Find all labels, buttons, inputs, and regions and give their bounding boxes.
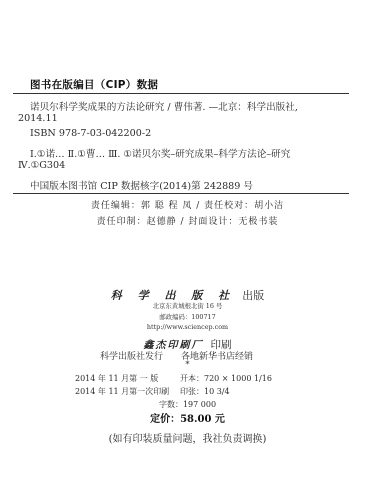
book-format: 开本：720 × 1000 1/16: [180, 373, 272, 384]
printed-sheets: 印张：10 3/4: [180, 386, 230, 397]
classification-line: Ⅰ.①诺… Ⅱ.①曹… Ⅲ. ①诺贝尔奖–研究成果–科学方法论–研究: [30, 146, 290, 160]
cip-date-line: 2014.11: [18, 113, 58, 124]
price: 定价：58.00 元: [0, 410, 375, 425]
edition: 2014 年 11 月第 一 版: [75, 373, 158, 384]
printing: 2014 年 11 月第一次印刷: [75, 386, 169, 397]
publisher-website: http://www.sciencep.com: [0, 323, 375, 331]
cip-title-line: 诺贝尔科学奖成果的方法论研究 / 曹伟著. —北京：科学出版社,: [30, 99, 298, 113]
editors-credit: 责任编辑：郭 聪 程 凤 / 责任校对：胡小洁: [0, 198, 375, 211]
bottom-rule: [13, 193, 349, 194]
quality-notice: (如有印装质量问题，我社负责调换): [0, 430, 375, 445]
classification-code: Ⅳ.①G304: [18, 160, 65, 171]
top-rule: [13, 93, 349, 94]
cip-number: 中国版本图书馆 CIP 数据核字(2014)第 242889 号: [30, 178, 253, 192]
publisher-address: 北京东黄城根北街 16 号: [0, 301, 375, 310]
isbn: ISBN 978-7-03-042200-2: [30, 128, 151, 139]
separator-mark: *: [0, 360, 375, 369]
word-count: 字数：197 000: [0, 399, 375, 410]
production-credit: 责任印制：赵德静 / 封面设计：无极书装: [0, 214, 375, 227]
cip-heading: 图书在版编目（CIP）数据: [30, 77, 158, 92]
publisher-postcode: 邮政编码：100717: [0, 312, 375, 321]
